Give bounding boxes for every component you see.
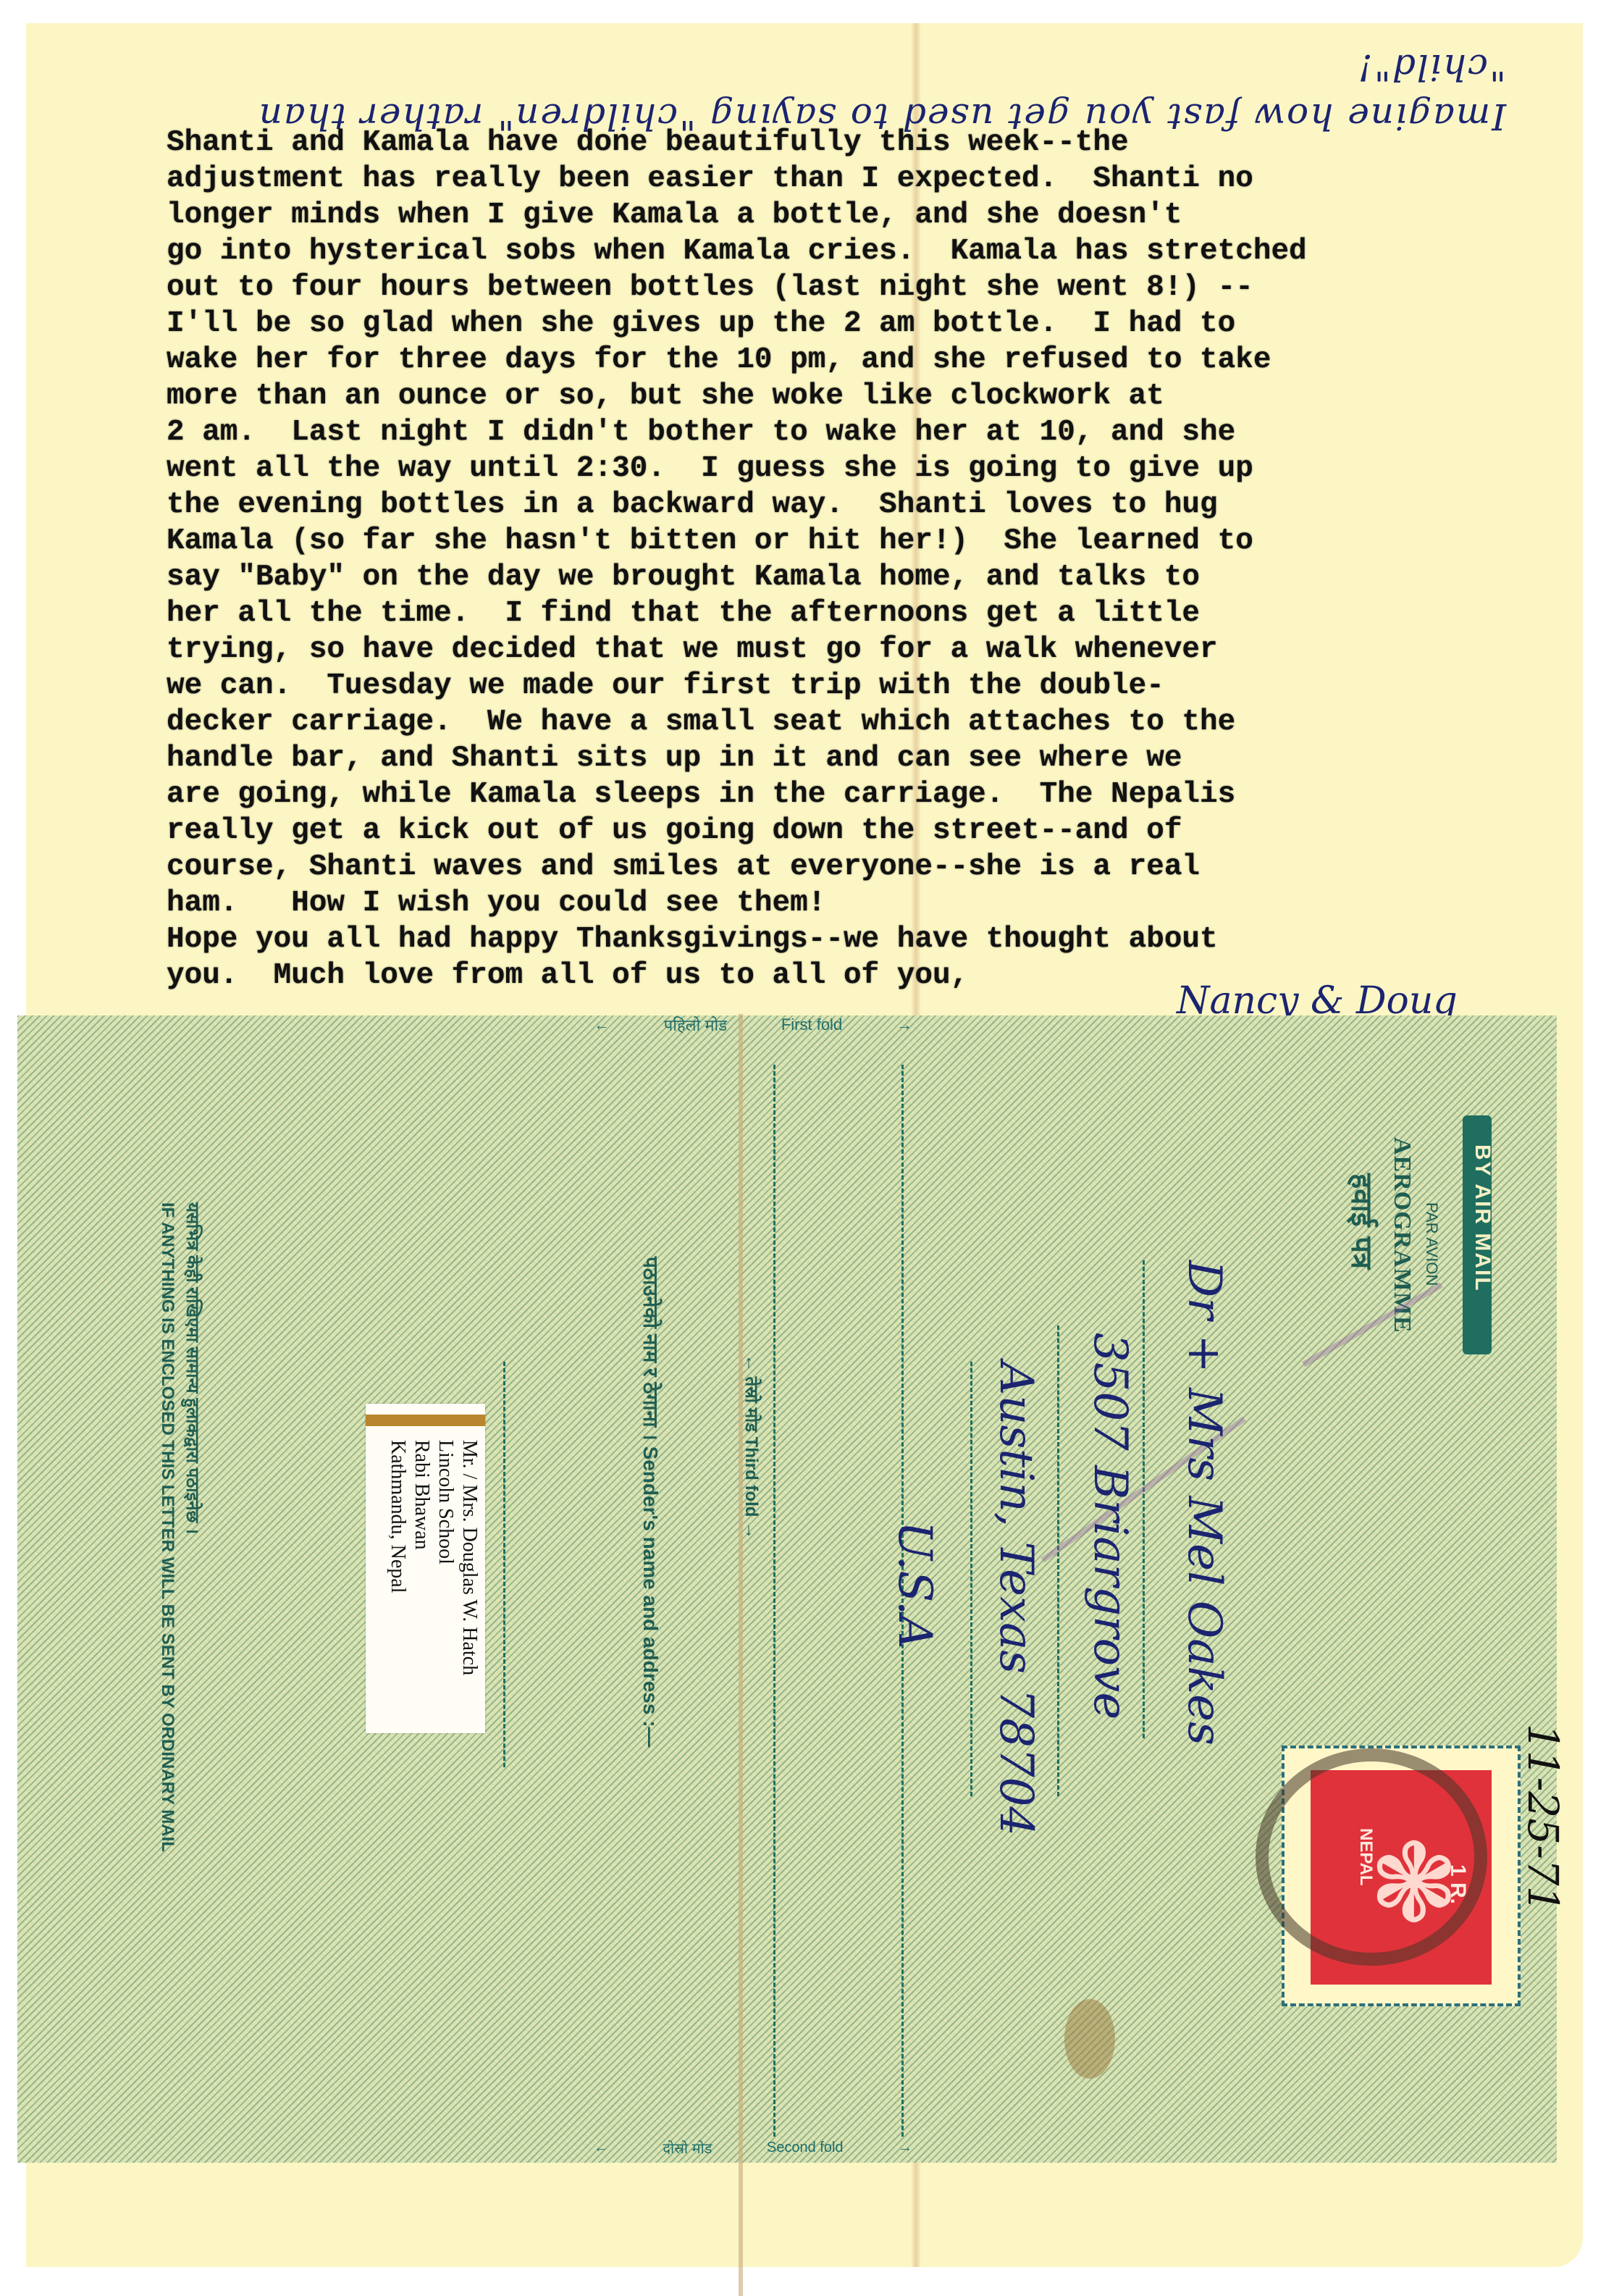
letter-line: handle bar, and Shanti sits up in it and…	[167, 740, 1557, 776]
letter-line: out to four hours between bottles (last …	[167, 269, 1557, 306]
typed-letter-body: Shanti and Kamala have done beautifully …	[167, 125, 1557, 994]
letter-line: 2 am. Last night I didn't bother to wake…	[167, 414, 1557, 451]
letter-line: Kamala (so far she hasn't bitten or hit …	[167, 523, 1557, 559]
warning-en: IF ANYTHING IS ENCLOSED THIS LETTER WILL…	[155, 1202, 180, 1852]
fold-crease	[739, 1014, 743, 2296]
letter-line: go into hysterical sobs when Kamala crie…	[167, 233, 1557, 269]
letter-line: went all the way until 2:30. I guess she…	[167, 451, 1557, 487]
address-rule	[503, 1362, 505, 1767]
first-fold-marker: ← पहिलो मोड First fold →	[594, 1010, 912, 1039]
first-fold-label-en: First fold	[781, 1015, 842, 1034]
letter-line: we can. Tuesday we made our first trip w…	[167, 668, 1557, 704]
letter-line: I'll be so glad when she gives up the 2 …	[167, 306, 1557, 342]
letter-line: longer minds when I give Kamala a bottle…	[167, 197, 1557, 233]
first-fold-label-hi: पहिलो मोड	[664, 1014, 727, 1036]
airmail-badge-text: BY AIR MAIL	[1470, 1144, 1494, 1292]
arrow-right-icon: →	[898, 2140, 912, 2156]
recipient-line-3: Austin, Texas 78704	[989, 1362, 1043, 1836]
letter-line: trying, so have decided that we must go …	[167, 632, 1557, 668]
sender-line: Lincoln School	[434, 1440, 458, 1675]
letter-line: the evening bottles in a backward way. S…	[167, 487, 1557, 523]
letter-line: Hope you all had happy Thanksgivings--we…	[167, 921, 1557, 958]
sender-address-lines: Mr. / Mrs. Douglas W. HatchLincoln Schoo…	[386, 1440, 482, 1675]
sender-caption: पठाउनेको नाम र ठेगाना । Sender's name an…	[637, 1257, 665, 1748]
second-fold-marker: ← दोस्रो मोड Second fold →	[594, 2135, 912, 2160]
recipient-line-2: 3507 Briargrove	[1083, 1333, 1137, 1719]
sender-address-label: Mr. / Mrs. Douglas W. HatchLincoln Schoo…	[366, 1404, 485, 1733]
third-fold-label: ← तेस्रो मोड Third fold →	[740, 1354, 764, 1539]
enclosure-warning: यसभित्र केही राखिएमा सामान्य हुलाकद्वारा…	[155, 1202, 204, 1852]
address-rule	[1143, 1260, 1145, 1738]
sender-line: Mr. / Mrs. Douglas W. Hatch	[458, 1440, 482, 1675]
sender-line: Kathmandu, Nepal	[386, 1440, 410, 1675]
letter-line: are going, while Kamala sleeps in the ca…	[167, 776, 1557, 813]
recipient-line-1: Dr + Mrs Mel Oakes	[1177, 1260, 1231, 1746]
letter-line: ham. How I wish you could see them!	[167, 885, 1557, 921]
letter-line: really get a kick out of us going down t…	[167, 813, 1557, 849]
stain	[1064, 1999, 1115, 2079]
letter-line: adjustment has really been easier than I…	[167, 161, 1557, 197]
postage-stamp: ❃ NEPAL 1 R.	[1282, 1746, 1521, 2006]
letter-line: Shanti and Kamala have done beautifully …	[167, 125, 1557, 161]
handwritten-date: 11-25-71	[1518, 1724, 1568, 1913]
arrow-left-icon: ←	[594, 1015, 610, 1034]
letter-line: say "Baby" on the day we brought Kamala …	[167, 559, 1557, 595]
arrow-right-icon: →	[896, 1015, 912, 1034]
postmark	[1256, 1748, 1487, 1966]
recipient-line-4: U.S.A	[888, 1521, 941, 1649]
label-stripe	[366, 1415, 485, 1426]
second-fold-label-en: Second fold	[767, 2140, 844, 2156]
letter-line: her all the time. I find that the aftern…	[167, 595, 1557, 632]
fold-guide	[773, 1065, 775, 2137]
warning-hi: यसभित्र केही राखिएमा सामान्य हुलाकद्वारा…	[180, 1202, 204, 1852]
letter-line: course, Shanti waves and smiles at every…	[167, 849, 1557, 885]
letter-line: decker carriage. We have a small seat wh…	[167, 704, 1557, 740]
letter-line: more than an ounce or so, but she woke l…	[167, 378, 1557, 414]
aerogramme-title-hi: हवाई पत्र	[1343, 1173, 1383, 1269]
letter-line: wake her for three days for the 10 pm, a…	[167, 342, 1557, 378]
address-rule	[1057, 1325, 1059, 1796]
address-rule	[970, 1362, 972, 1796]
second-fold-label-hi: दोस्रो मोड	[663, 2138, 712, 2158]
arrow-left-icon: ←	[594, 2140, 608, 2156]
sender-line: Rabi Bhawan	[410, 1440, 434, 1675]
par-avion-text: PAR AVION	[1422, 1202, 1441, 1286]
